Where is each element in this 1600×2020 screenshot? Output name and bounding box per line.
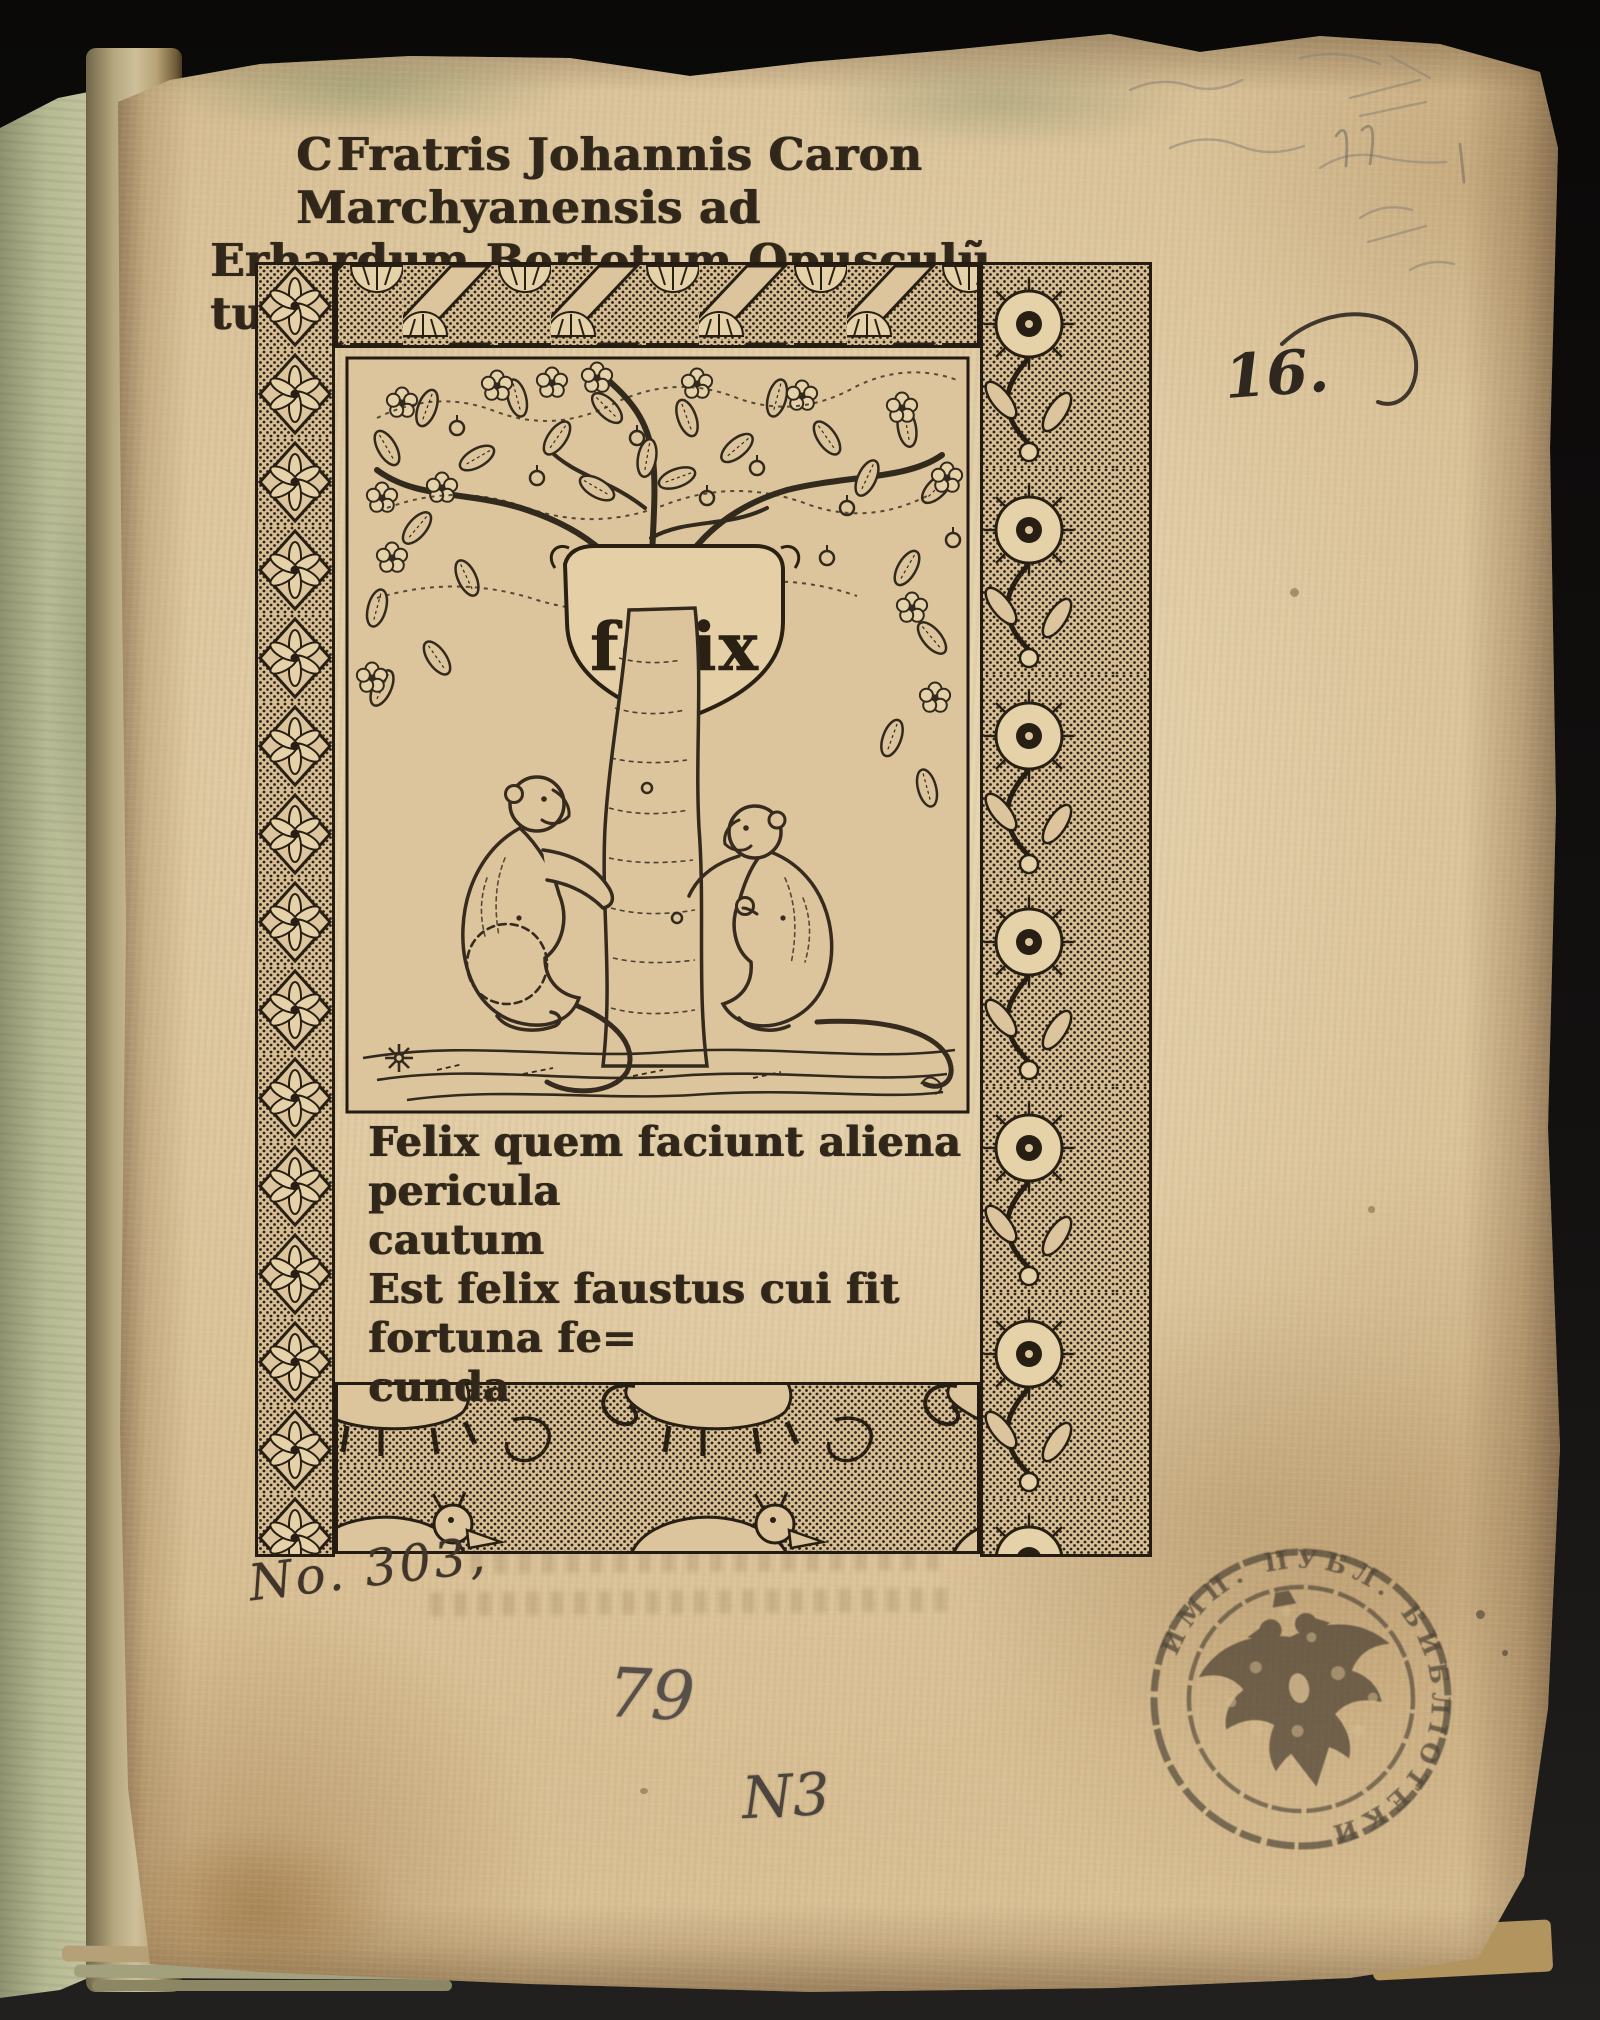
- capitulum-mark: C: [296, 128, 332, 181]
- photograph-of-book-title-page: CFratris Johannis Caron Marchyanensis ad…: [0, 0, 1600, 2020]
- underlying-page-edge: [92, 1980, 452, 1991]
- pencil-n-mark: N3: [740, 1760, 831, 1832]
- verdigris-stain: [150, 46, 570, 132]
- monkeys-woodcut-scene: felix: [347, 358, 968, 1112]
- corner-stain: [118, 1828, 398, 1988]
- ink-spot: [1502, 1650, 1508, 1656]
- border-strip-top: [335, 262, 980, 348]
- pencil-scribbles: [1110, 26, 1490, 336]
- verso-show-through: [430, 1588, 950, 1617]
- foxing-spot: [1368, 1206, 1375, 1213]
- pencil-folio-number: 79: [606, 1654, 697, 1737]
- verse-line: Felix quem faciunt aliena pericula: [368, 1118, 1018, 1216]
- border-strip-left: [255, 262, 335, 1557]
- ink-numeral-text: 16.: [1222, 336, 1331, 413]
- double-headed-eagle-emblem: [1187, 1575, 1412, 1804]
- foxing-spot: [640, 1788, 648, 1794]
- verse-line: Est felix faustus cui fit fortuna fe=: [368, 1265, 1018, 1363]
- verse-line: cautum: [368, 1216, 1018, 1265]
- foxing-spot: [1290, 588, 1299, 597]
- ink-spot: [1476, 1610, 1485, 1619]
- printed-verse: Felix quem faciunt aliena pericula cautu…: [368, 1118, 1018, 1412]
- title-line-1: CFratris Johannis Caron Marchyanensis ad: [210, 128, 1170, 234]
- verse-line: cunda: [368, 1363, 1018, 1412]
- library-stamp: ИМП. ПУБЛ. БИБЛІОТЕКИ: [1142, 1540, 1460, 1858]
- star-flower: [385, 1044, 413, 1072]
